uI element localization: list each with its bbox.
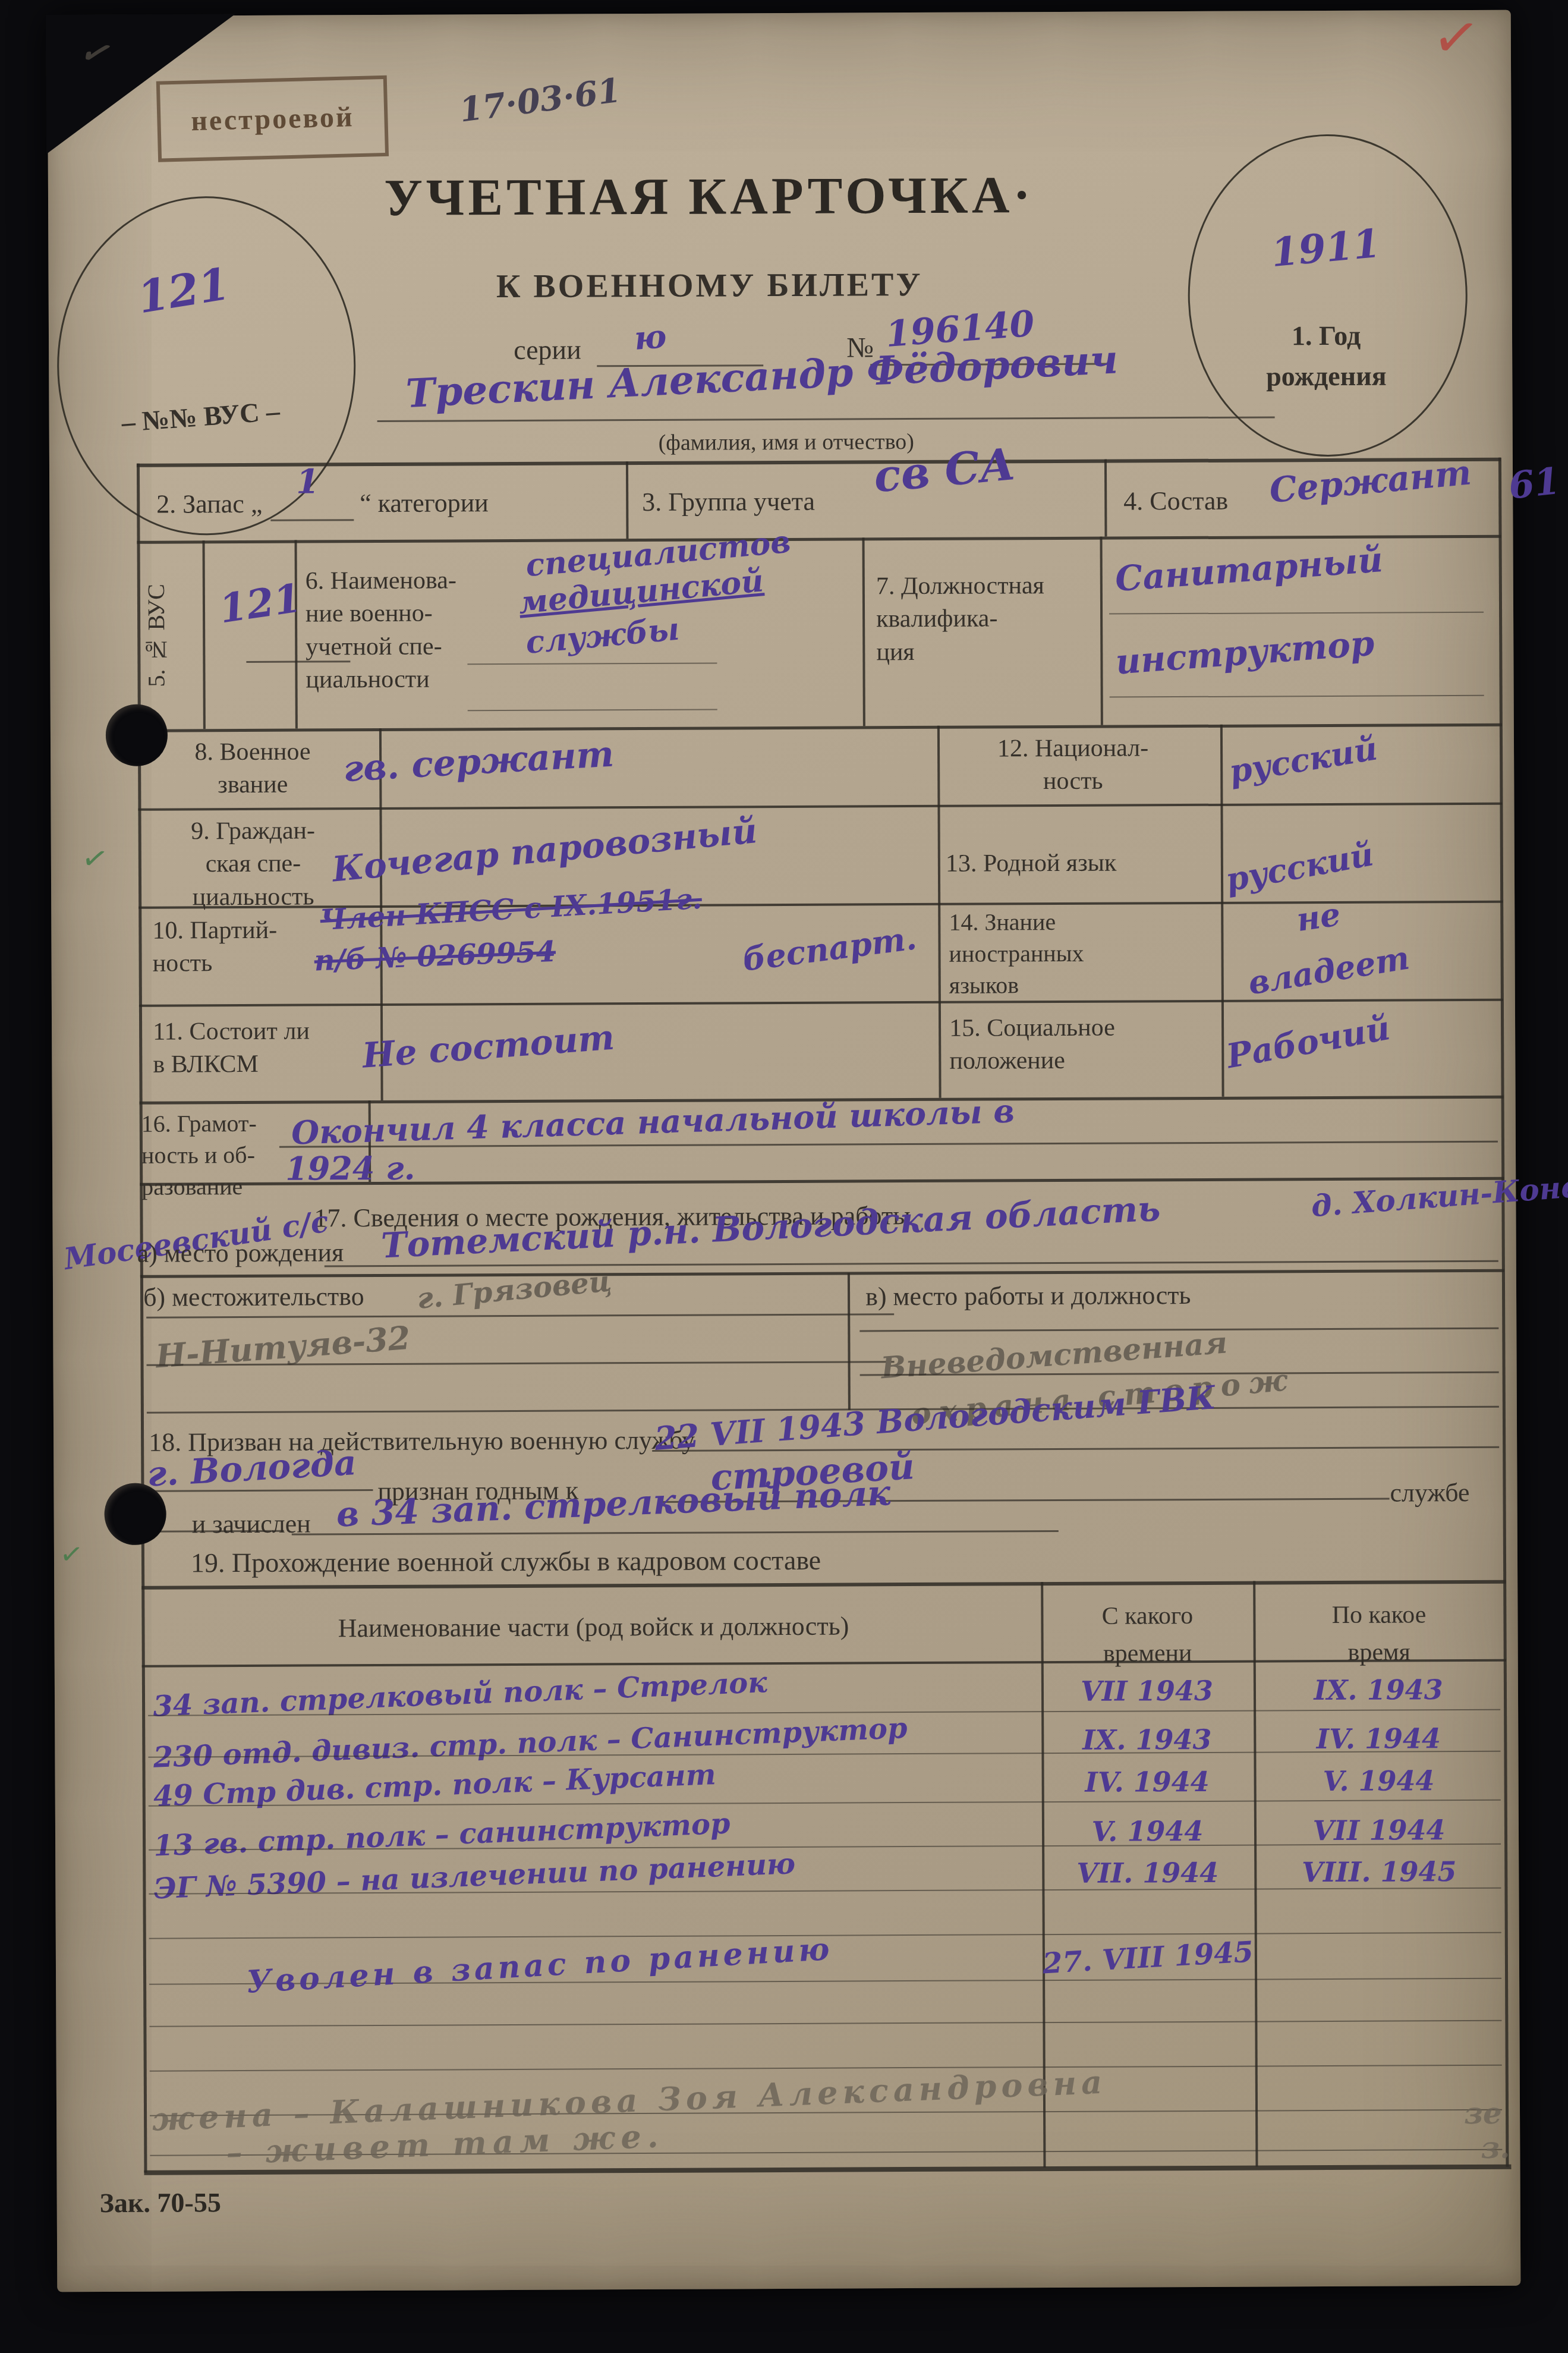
residence-value-1: г. Грязовец (415, 1264, 613, 1316)
cell-rule (325, 1260, 1498, 1267)
page-title: УЧЕТНАЯ КАРТОЧКА· (222, 165, 1197, 229)
hole-punch (106, 704, 168, 766)
series-value: ю (633, 317, 668, 357)
field7-value-2: инструктор (1114, 623, 1375, 682)
service-row-to: IX. 1943 (1257, 1673, 1500, 1707)
name-underline (377, 416, 1275, 422)
field11-value: Не состоит (361, 1017, 616, 1076)
discharge-text: Уволен в запас по ранению (245, 1931, 834, 2000)
section19-heading: 19. Прохождение военной службы в кадрово… (191, 1544, 821, 1579)
field2-underline (270, 519, 354, 521)
cell-rule (147, 1489, 373, 1492)
field11-label: 11. Состоит ли в ВЛКСМ (153, 1015, 379, 1082)
grid-line (141, 1580, 1506, 1590)
discharge-date: 27. VIII 1945 (1042, 1935, 1255, 1980)
green-checkmark-icon: ✓ (58, 1537, 84, 1572)
cell-rule (467, 662, 717, 665)
grid-line (626, 461, 629, 539)
cell-rule (468, 709, 717, 711)
service-row-to: VIII. 1945 (1257, 1855, 1501, 1889)
residence-value-2: Н-Нитуяв-32 (155, 1319, 412, 1376)
date-note: 17·03·61 (457, 71, 623, 130)
grid-line (295, 540, 298, 729)
residence-label: б) местожительство (143, 1281, 364, 1313)
field14-value-2: владеет (1245, 938, 1412, 1002)
grid-line (138, 723, 1502, 732)
margin-note-61: 61 (1506, 459, 1562, 508)
service-row-from: V. 1944 (1045, 1815, 1250, 1848)
birth-year-label-2: рождения (1188, 360, 1464, 392)
field3-label: 3. Группа учета (642, 486, 815, 517)
grid-line (138, 803, 1502, 811)
grid-line (139, 999, 1503, 1007)
field4-label: 4. Состав (1123, 486, 1228, 517)
grid-line (862, 537, 865, 726)
cell-rule (1109, 612, 1484, 615)
field2-value: 1 (296, 462, 319, 501)
field12-label: 12. Национал- ность (942, 732, 1204, 799)
page-subtitle: К ВОЕННОМУ БИЛЕТУ (222, 265, 1197, 307)
field2-label-post: “ категории (360, 487, 489, 518)
service-row-from: IX. 1943 (1044, 1723, 1249, 1757)
row-rule (150, 2065, 1502, 2072)
grid-line (203, 540, 206, 729)
service-label: службе (1390, 1477, 1469, 1508)
field14-value-1: не (1294, 895, 1343, 939)
service-row-to: VII 1944 (1257, 1814, 1501, 1847)
field15-value: Рабочий (1224, 1008, 1393, 1076)
field2-label-pre: 2. Запас „ (156, 489, 262, 520)
birthplace-label: а) место рождения (137, 1237, 344, 1269)
red-checkmark-icon: ✓ (1428, 2, 1484, 74)
field7-label: 7. Должностная квалифика- ция (876, 570, 1091, 669)
margin-spill-2: з. (1481, 2130, 1510, 2165)
green-checkmark-icon: ✓ (78, 839, 111, 879)
grid-line (848, 1273, 851, 1410)
field13-label: 13. Родной язык (946, 849, 1117, 878)
grid-line (1100, 537, 1103, 725)
birth-year-label-1: 1. Год (1188, 319, 1464, 352)
print-code: Зак. 70-55 (100, 2187, 221, 2219)
service-row-from: VII. 1944 (1045, 1857, 1250, 1890)
margin-spill-1: зе (1464, 2096, 1502, 2131)
grid-line (1498, 458, 1509, 2167)
service-row-to: V. 1944 (1257, 1764, 1501, 1798)
grid-line (1104, 460, 1107, 537)
cell-rule (1110, 695, 1484, 698)
column-header-unit: Наименование части (род войск и должност… (147, 1610, 1039, 1644)
field14-label: 14. Знание иностранных языков (949, 906, 1211, 1001)
service-row-from: VII 1943 (1044, 1675, 1249, 1708)
conscription-date-place: 22 VII 1943 Вологодским ГВК (653, 1378, 1217, 1458)
field7-value-1: Санитарный (1114, 539, 1384, 599)
grid-line (137, 458, 1501, 467)
birth-year-circle (1188, 134, 1468, 457)
field8-label: 8. Военное звание (140, 735, 366, 803)
field5-label: 5. № ВУС (142, 550, 199, 720)
field8-value: гв. сержант (342, 733, 615, 790)
field10-value: беспарт. (741, 918, 919, 979)
stamp-text: нестроевой (191, 100, 355, 137)
grid-line (937, 726, 942, 1098)
field15-label: 15. Социальное положение (949, 1011, 1211, 1078)
workplace-label: в) место работы и должность (865, 1280, 1191, 1311)
cell-rule (146, 1313, 894, 1318)
field13-value: русский (1223, 835, 1376, 899)
hole-punch (104, 1483, 166, 1545)
grid-line (140, 1269, 1504, 1278)
section17-note-right: д. Холкин-Конец (1310, 1167, 1568, 1223)
birthplace-value: Тотемский р.н. Вологодская область (380, 1188, 1161, 1266)
series-label: серии (514, 334, 581, 365)
field9-value: Кочегар паровозный (330, 810, 758, 889)
field5-value: 121 (216, 574, 304, 632)
grid-line (137, 535, 1501, 544)
field6-label: 6. Наименова- ние военно- учетной спе- ц… (306, 564, 502, 697)
registration-card-paper: ✓ нестроевой 17·03·61 ✓ УЧЕТНАЯ КАРТОЧКА… (48, 10, 1521, 2292)
full-name-value: Трескин Александр Фёдорович (405, 336, 1119, 416)
service-row-from: IV. 1944 (1045, 1766, 1250, 1799)
field16-value-2: 1924 г. (285, 1149, 415, 1188)
field10-struck-1: Член КПСС с IX.1951г. (319, 882, 703, 937)
field12-value: русский (1227, 729, 1380, 790)
row-rule (149, 2020, 1501, 2027)
non-combatant-stamp: нестроевой (156, 76, 389, 162)
